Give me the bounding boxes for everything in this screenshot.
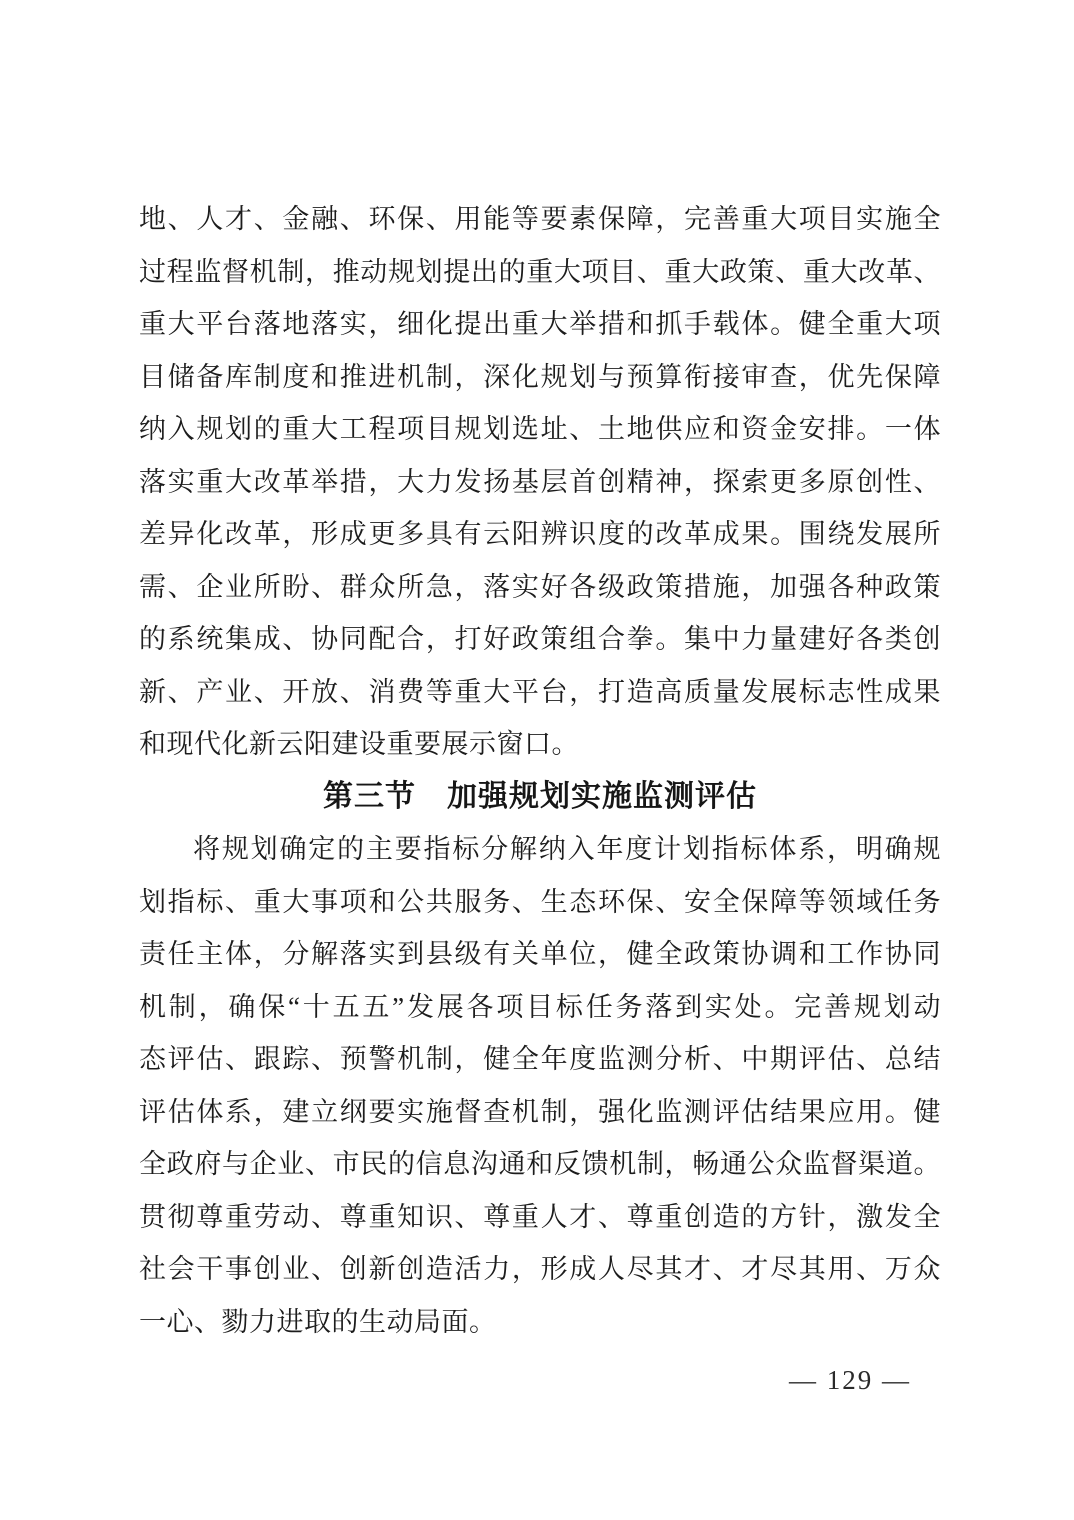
page-number: — 129 — bbox=[789, 1360, 911, 1400]
paragraph-main: 将规划确定的主要指标分解纳入年度计划指标体系，明确规划指标、重大事项和公共服务、… bbox=[139, 823, 941, 1348]
text-line: 差异化改革，形成更多具有云阳辨识度的改革成果。围绕发展所 bbox=[139, 508, 941, 561]
text-line: 机制，确保“十五五”发展各项目标任务落到实处。完善规划动 bbox=[139, 981, 941, 1034]
page-footer: — 129 — bbox=[139, 1360, 941, 1400]
text-line: 评估体系，建立纲要实施督查机制，强化监测评估结果应用。健 bbox=[139, 1086, 941, 1139]
text-line: 和现代化新云阳建设重要展示窗口。 bbox=[139, 718, 941, 771]
text-line: 纳入规划的重大工程项目规划选址、土地供应和资金安排。一体 bbox=[139, 403, 941, 456]
text-line: 一心、勠力进取的生动局面。 bbox=[139, 1296, 941, 1349]
text-line: 目储备库制度和推进机制，深化规划与预算衔接审查，优先保障 bbox=[139, 351, 941, 404]
text-line: 全政府与企业、市民的信息沟通和反馈机制，畅通公众监督渠道。 bbox=[139, 1138, 941, 1191]
section-heading: 第三节 加强规划实施监测评估 bbox=[139, 771, 941, 824]
document-page: 地、人才、金融、环保、用能等要素保障，完善重大项目实施全过程监督机制，推动规划提… bbox=[0, 0, 1074, 1520]
text-line: 责任主体，分解落实到县级有关单位，健全政策协调和工作协同 bbox=[139, 928, 941, 981]
text-line: 重大平台落地落实，细化提出重大举措和抓手载体。健全重大项 bbox=[139, 298, 941, 351]
text-line: 态评估、跟踪、预警机制，健全年度监测分析、中期评估、总结 bbox=[139, 1033, 941, 1086]
text-block: 地、人才、金融、环保、用能等要素保障，完善重大项目实施全过程监督机制，推动规划提… bbox=[139, 193, 941, 1400]
text-line: 将规划确定的主要指标分解纳入年度计划指标体系，明确规 bbox=[139, 823, 941, 876]
text-line: 新、产业、开放、消费等重大平台，打造高质量发展标志性成果 bbox=[139, 666, 941, 719]
text-line: 落实重大改革举措，大力发扬基层首创精神，探索更多原创性、 bbox=[139, 456, 941, 509]
text-line: 需、企业所盼、群众所急，落实好各级政策措施，加强各种政策 bbox=[139, 561, 941, 614]
text-line: 过程监督机制，推动规划提出的重大项目、重大政策、重大改革、 bbox=[139, 246, 941, 299]
paragraph-continuation: 地、人才、金融、环保、用能等要素保障，完善重大项目实施全过程监督机制，推动规划提… bbox=[139, 193, 941, 771]
text-line: 的系统集成、协同配合，打好政策组合拳。集中力量建好各类创 bbox=[139, 613, 941, 666]
text-line: 贯彻尊重劳动、尊重知识、尊重人才、尊重创造的方针，激发全 bbox=[139, 1191, 941, 1244]
text-line: 社会干事创业、创新创造活力，形成人尽其才、才尽其用、万众 bbox=[139, 1243, 941, 1296]
text-line: 地、人才、金融、环保、用能等要素保障，完善重大项目实施全 bbox=[139, 193, 941, 246]
text-line: 划指标、重大事项和公共服务、生态环保、安全保障等领域任务 bbox=[139, 876, 941, 929]
